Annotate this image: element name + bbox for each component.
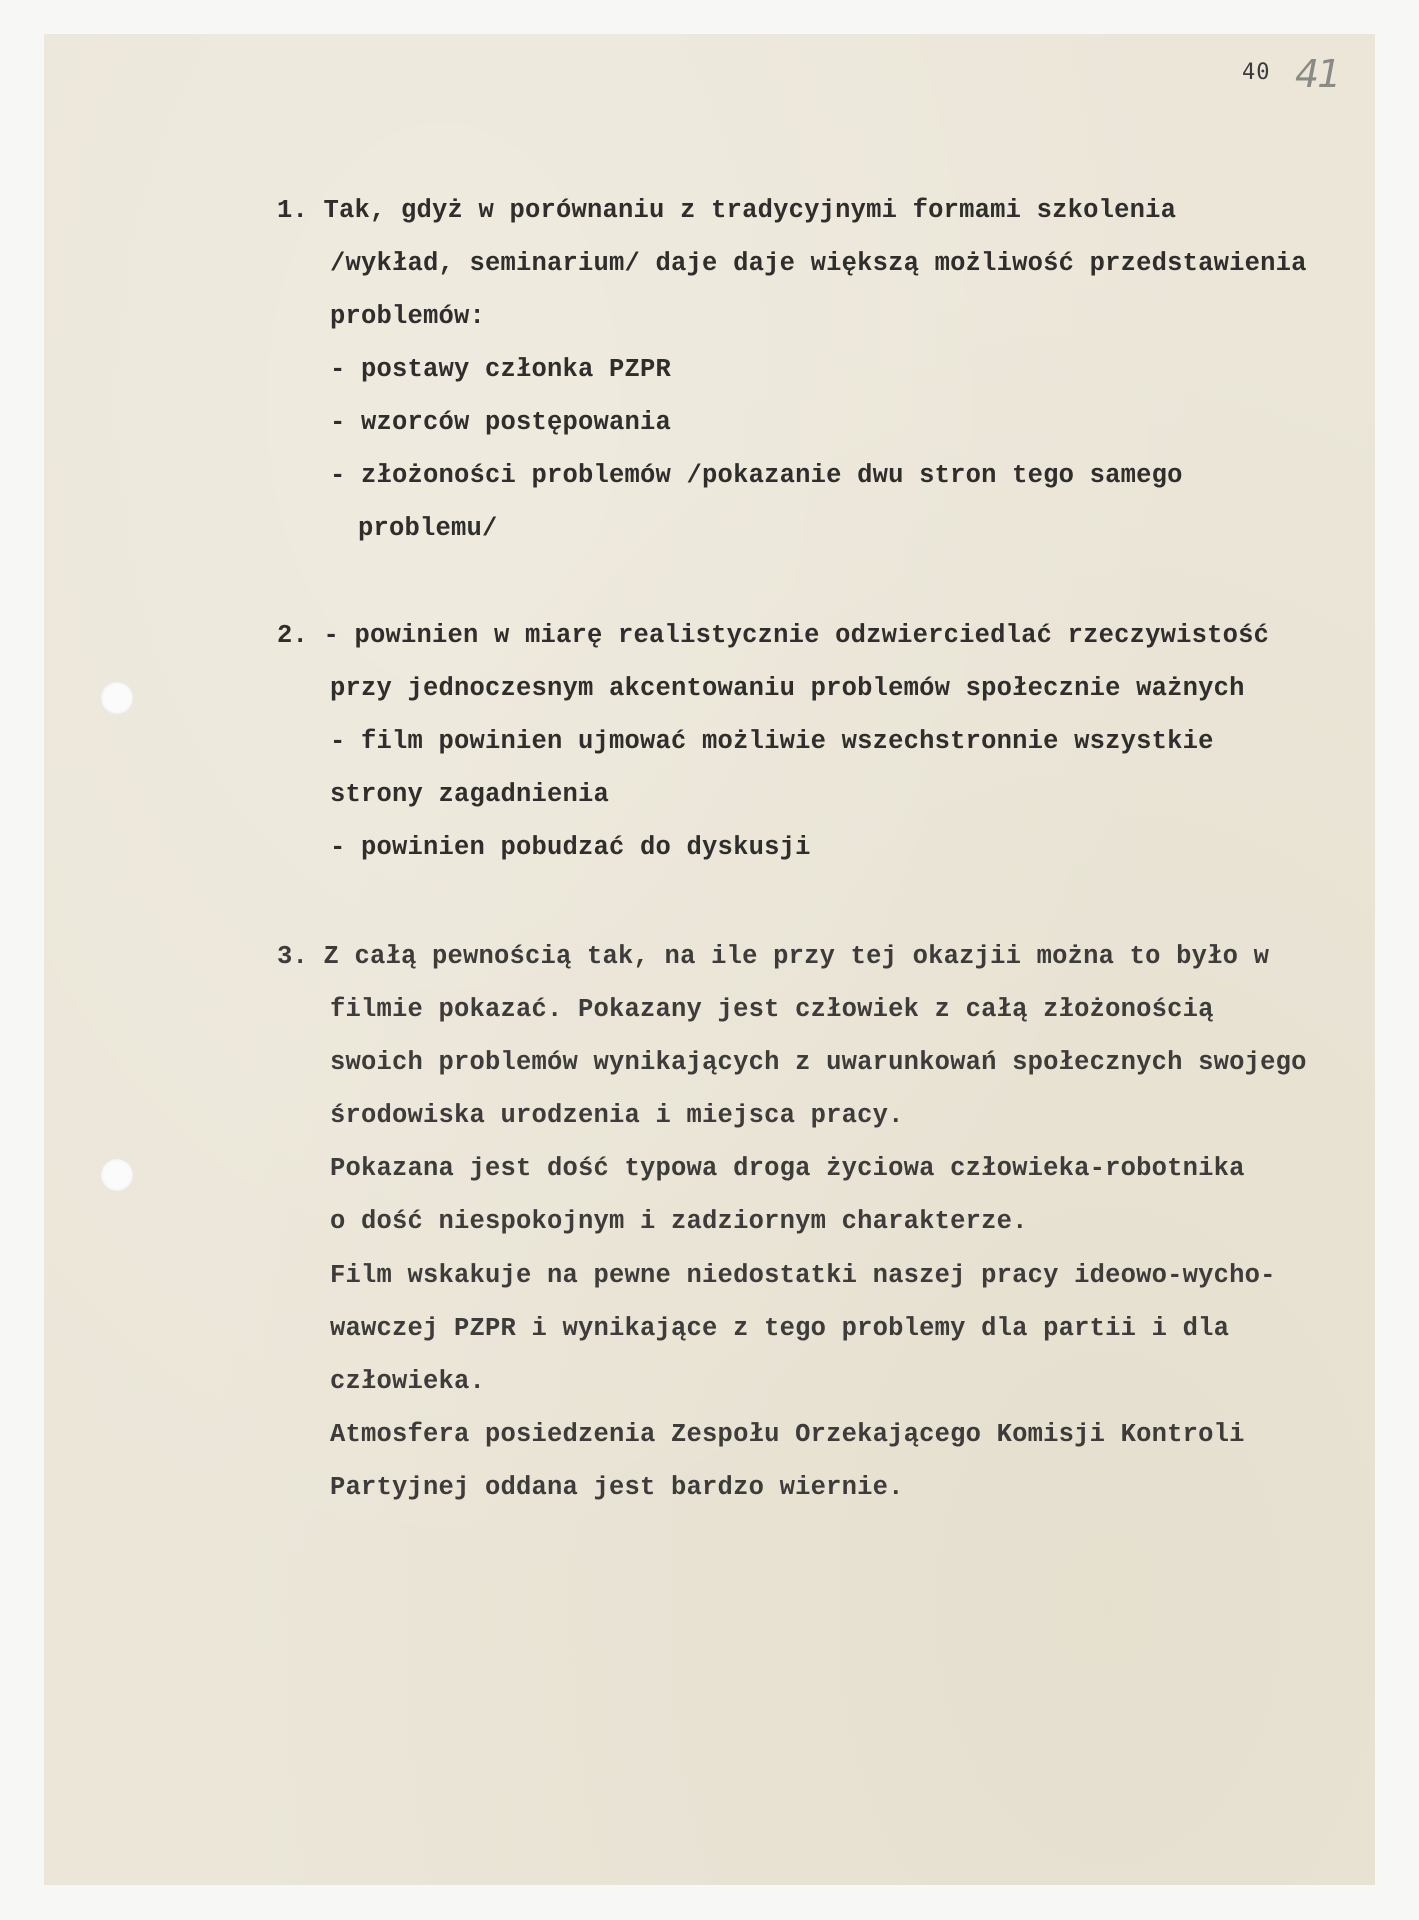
section-1-bullet-3-cont: problemu/ (358, 516, 498, 542)
section-3-line-5: Pokazana jest dość typowa droga życiowa … (330, 1156, 1245, 1182)
section-2-bullet-2: - film powinien ujmować możliwie wszechs… (330, 729, 1214, 755)
section-3-line-2: filmie pokazać. Pokazany jest człowiek z… (330, 997, 1214, 1023)
section-2-line-1: 2. - powinien w miarę realistycznie odzw… (277, 623, 1269, 649)
section-2-bullet-3: - powinien pobudzać do dyskusji (330, 835, 811, 861)
section-3-line-9: człowieka. (330, 1369, 485, 1395)
section-3-line-7: Film wskakuje na pewne niedostatki nasze… (330, 1263, 1276, 1289)
section-3-line-4: środowiska urodzenia i miejsca pracy. (330, 1103, 904, 1129)
section-3-line-8: wawczej PZPR i wynikające z tego problem… (330, 1316, 1229, 1342)
section-1-bullet-2: - wzorców postępowania (330, 410, 671, 436)
section-3-line-6: o dość niespokojnym i zadziornym charakt… (330, 1209, 1028, 1235)
section-3-line-10: Atmosfera posiedzenia Zespołu Orzekające… (330, 1422, 1245, 1448)
section-1-line-3: problemów: (330, 304, 485, 330)
scanned-page: 40 41 1. Tak, gdyż w porównaniu z tradyc… (0, 0, 1419, 1920)
section-3-line-3: swoich problemów wynikających z uwarunko… (330, 1050, 1307, 1076)
section-1-line-1: 1. Tak, gdyż w porównaniu z tradycyjnymi… (277, 198, 1176, 224)
section-1-bullet-1: - postawy członka PZPR (330, 357, 671, 383)
page-number-typed: 40 (1242, 60, 1271, 85)
page-number-handwritten: 41 (1295, 52, 1339, 96)
section-3-line-1: 3. Z całą pewnością tak, na ile przy tej… (277, 944, 1269, 970)
punch-hole-bottom (101, 1159, 133, 1191)
section-3-line-11: Partyjnej oddana jest bardzo wiernie. (330, 1475, 904, 1501)
section-2-bullet-2-cont: strony zagadnienia (330, 782, 609, 808)
section-2-line-2: przy jednoczesnym akcentowaniu problemów… (330, 676, 1245, 702)
section-1-bullet-3: - złożoności problemów /pokazanie dwu st… (330, 463, 1183, 489)
punch-hole-top (101, 682, 133, 714)
section-1-line-2: /wykład, seminarium/ daje daje większą m… (330, 251, 1307, 277)
